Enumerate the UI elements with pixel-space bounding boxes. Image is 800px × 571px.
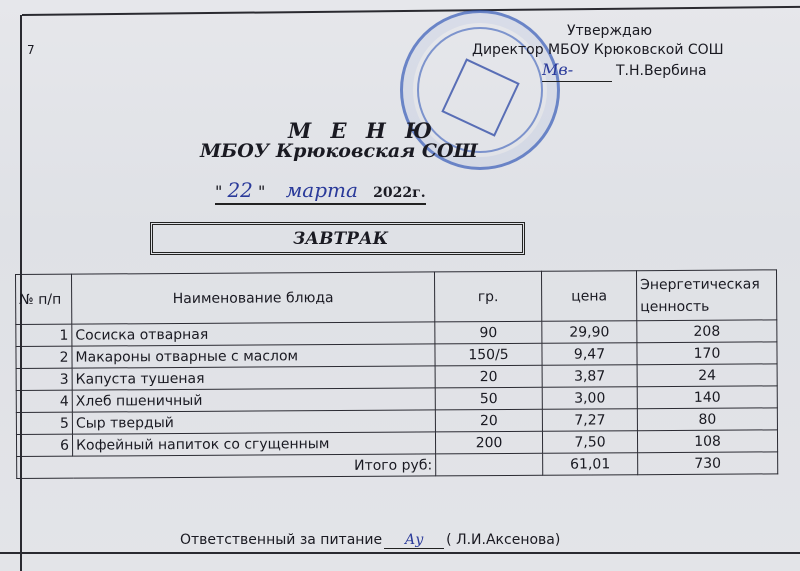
row-name: Сыр твердый <box>72 410 435 434</box>
row-name: Сосиска отварная <box>72 322 435 346</box>
row-grams: 50 <box>435 387 542 410</box>
row-num: 2 <box>16 346 72 368</box>
header-price: цена <box>541 271 636 322</box>
director-signature: Мв- <box>542 60 612 82</box>
row-price: 7,27 <box>542 409 637 432</box>
title-block: М Е Н Ю МБОУ Крюковская СОШ <box>200 118 478 162</box>
responsible-name: ( Л.И.Аксенова) <box>446 532 560 548</box>
row-name: Макароны отварные с маслом <box>72 344 435 368</box>
row-price: 7,50 <box>542 431 637 454</box>
row-energy: 208 <box>637 320 777 343</box>
responsible-label: Ответственный за питание <box>180 532 382 548</box>
header-energy: Энергетическая ценность <box>636 270 776 321</box>
row-num: 5 <box>16 412 72 434</box>
approval-heading: Утверждаю <box>562 22 724 41</box>
total-energy: 730 <box>638 452 778 475</box>
row-num: 6 <box>16 434 72 456</box>
row-num: 4 <box>16 390 72 412</box>
header-grams: гр. <box>434 271 541 322</box>
meal-title: ЗАВТРАК <box>293 229 388 249</box>
row-energy: 140 <box>637 386 777 409</box>
menu-table: № п/п Наименование блюда гр. цена Энерге… <box>15 269 778 479</box>
document-page: 7 Утверждаю Директор МБОУ Крюковской СОШ… <box>0 0 800 571</box>
table-header-row: № п/п Наименование блюда гр. цена Энерге… <box>16 270 777 325</box>
meal-title-box: ЗАВТРАК <box>150 222 525 255</box>
row-grams: 20 <box>435 409 542 432</box>
approval-signature-row: Мв-Т.Н.Вербина <box>542 60 724 82</box>
row-name: Капуста тушеная <box>72 366 435 390</box>
row-grams: 200 <box>435 431 542 454</box>
date-month: марта <box>286 178 358 202</box>
row-grams: 90 <box>435 321 542 344</box>
total-label: Итого руб: <box>17 454 436 479</box>
row-grams: 150/5 <box>435 343 542 366</box>
total-grams <box>436 453 543 476</box>
date-day: 22 <box>227 178 252 202</box>
row-energy: 80 <box>637 408 777 431</box>
director-name: Т.Н.Вербина <box>616 63 707 79</box>
page-number: 7 <box>27 43 35 57</box>
row-energy: 170 <box>637 342 777 365</box>
header-num: № п/п <box>16 274 72 324</box>
bottom-rule <box>0 552 800 554</box>
approval-position: Директор МБОУ Крюковской СОШ <box>472 41 724 60</box>
school-name: МБОУ Крюковская СОШ <box>200 140 478 162</box>
row-grams: 20 <box>435 365 542 388</box>
approval-block: Утверждаю Директор МБОУ Крюковской СОШ М… <box>562 22 724 82</box>
header-name: Наименование блюда <box>72 272 435 324</box>
row-name: Кофейный напиток со сгущенным <box>72 432 435 456</box>
frame-border-top <box>22 6 800 16</box>
menu-date: " 22 " марта 2022г. <box>215 178 426 205</box>
total-price: 61,01 <box>543 453 638 476</box>
row-price: 3,87 <box>542 365 637 388</box>
row-num: 3 <box>16 368 72 390</box>
row-energy: 24 <box>637 364 777 387</box>
date-year: 2022г. <box>373 185 425 201</box>
row-name: Хлеб пшеничный <box>72 388 435 412</box>
responsible-signature: Ау <box>384 532 444 549</box>
row-energy: 108 <box>637 430 777 453</box>
row-num: 1 <box>16 324 72 346</box>
total-row: Итого руб: 61,01 730 <box>17 452 778 479</box>
row-price: 9,47 <box>542 343 637 366</box>
row-price: 29,90 <box>542 321 637 344</box>
responsible-line: Ответственный за питаниеАу( Л.И.Аксенова… <box>180 532 560 549</box>
row-price: 3,00 <box>542 387 637 410</box>
